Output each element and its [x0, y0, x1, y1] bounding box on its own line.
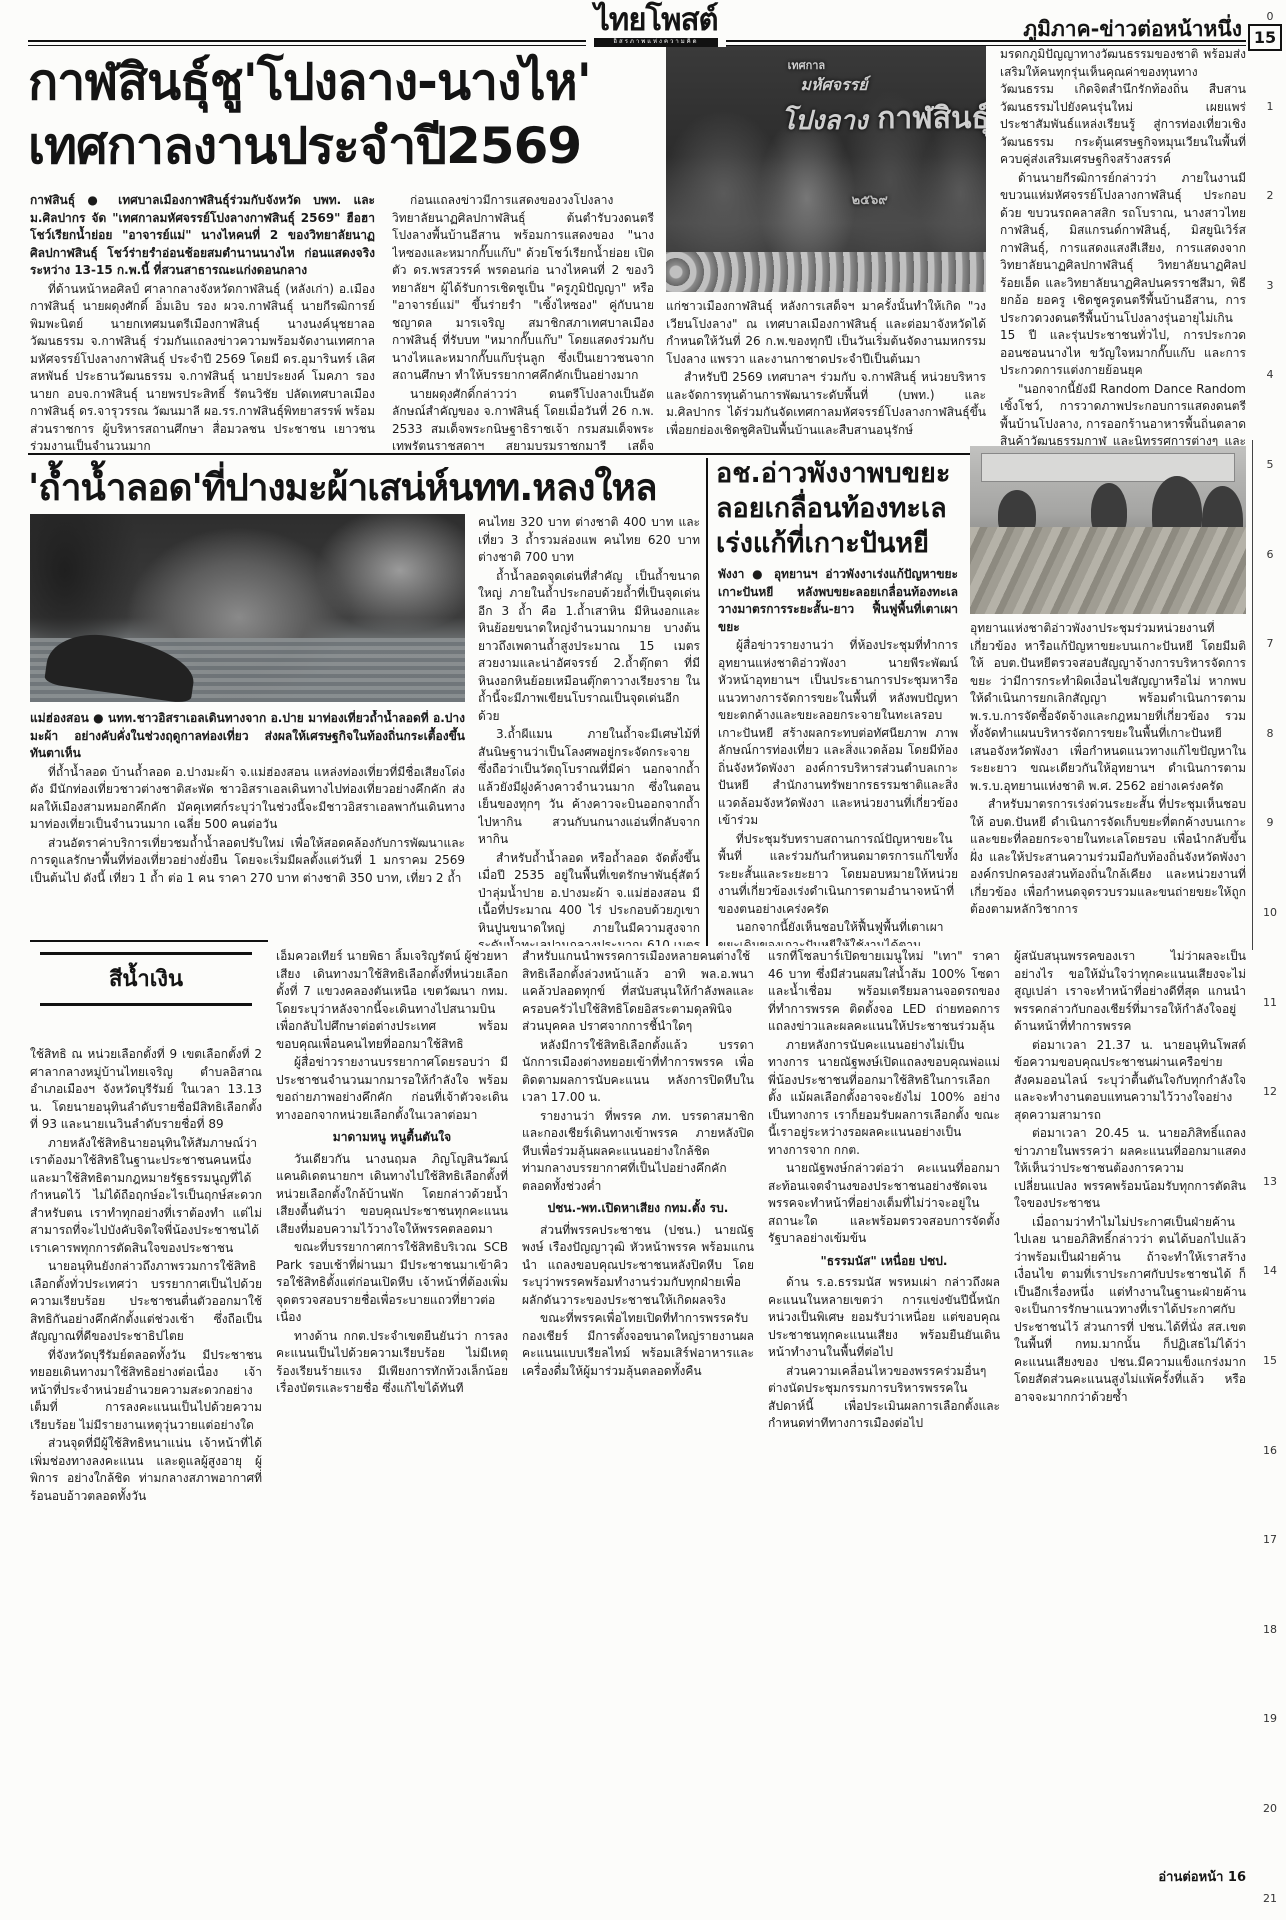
- fold-mark: 5: [1260, 458, 1280, 471]
- paragraph: สำหรับมาตรการเร่งด่วนระยะสั้น ที่ประชุมเ…: [970, 796, 1246, 919]
- article1-column2: ก่อนแถลงข่าวมีการแสดงของวงโปงลางวิทยาลัย…: [392, 192, 654, 450]
- banner-word-ponglang: โปงลาง: [781, 100, 867, 141]
- paragraph: ที่จังหวัดบุรีรัมย์ตลอดทั้งวัน มีประชาชน…: [30, 1347, 262, 1435]
- paragraph: ผู้สื่อข่าวรายงานบรรยากาศโดยรอบว่า มีประ…: [276, 1054, 508, 1124]
- article3-caption-column: อุทยานแห่งชาติอ่าวพังงาประชุมร่วมหน่วยงา…: [970, 620, 1246, 946]
- fold-mark: 7: [1260, 637, 1280, 650]
- blue-column-5: ผู้สนับสนุนพรรคของเรา ไม่ว่าผลจะเป็นอย่า…: [1014, 948, 1246, 1860]
- fold-mark: 15: [1260, 1354, 1280, 1367]
- fold-mark: 18: [1260, 1623, 1280, 1636]
- newspaper-page: ไทยโพสต์ อิสรภาพแห่งความคิด ภูมิภาค-ข่าว…: [0, 0, 1286, 1920]
- paragraph: ผู้สื่อข่าวรายงานว่า ที่ห้องประชุมที่ทำก…: [718, 637, 958, 830]
- blue-section-top-rule: [30, 940, 268, 942]
- stage-flowers: [666, 252, 986, 292]
- article3-body-column: พังงา ● อุทยานฯ อ่าวพังงาเร่งแก้ปัญหาขยะ…: [718, 566, 958, 946]
- paragraph: ส่วนจุดที่มีผู้ใช้สิทธิหนาแน่น เจ้าหน้าท…: [30, 1435, 262, 1505]
- fold-mark: 4: [1260, 368, 1280, 381]
- blue-column-3: สำหรับแกนนำพรรคการเมืองหลายคนต่างใช้สิทธ…: [522, 948, 754, 1894]
- paragraph: ด้านนายกีรฒิการย์กล่าวว่า ภายในงานมีขบวน…: [1000, 170, 1246, 380]
- paragraph: แม่ฮ่องสอน ● นทท.ชาวอิสราเอลเดินทางจาก อ…: [30, 710, 465, 763]
- paragraph: นายณัฐพงษ์กล่าวต่อว่า คะแนนที่ออกมาสะท้อ…: [768, 1160, 1000, 1248]
- subhead: "ธรรมนัส" เหนื่อย ปชป.: [768, 1253, 1000, 1271]
- meeting-table: [970, 527, 1246, 614]
- article1-headline-line2: เทศกาลงานประจำปี2569: [28, 114, 658, 178]
- page-number: 15: [1248, 24, 1282, 51]
- paragraph: ด้าน ร.อ.ธรรมนัส พรหมเผ่า กล่าวถึงผลคะแน…: [768, 1274, 1000, 1362]
- paragraph: "นอกจากนี้ยังมี Random Dance Random เซิ้…: [1000, 381, 1246, 450]
- paragraph: คนไทย 320 บาท ต่างชาติ 400 บาท และเที่ยว…: [478, 514, 700, 567]
- masthead: ไทยโพสต์ อิสรภาพแห่งความคิด: [586, 4, 726, 47]
- paragraph: ที่ถ้ำน้ำลอด บ้านถ้ำลอด อ.ปางมะผ้า จ.แม่…: [30, 764, 465, 834]
- masthead-logo: ไทยโพสต์: [586, 4, 726, 37]
- paragraph: กาฬสินธุ์ ● เทศบาลเมืองกาฬสินธุ์ร่วมกับจ…: [30, 192, 375, 280]
- article1-column1: กาฬสินธุ์ ● เทศบาลเมืองกาฬสินธุ์ร่วมกับจ…: [30, 192, 375, 450]
- paragraph: ภายหลังการนับคะแนนอย่างไม่เป็นทางการ นาย…: [768, 1037, 1000, 1160]
- blue-section-title: สีน้ำเงิน: [40, 955, 252, 1003]
- paragraph: มรดกภูมิปัญญาทางวัฒนธรรมของชาติ พร้อมส่ง…: [1000, 46, 1246, 169]
- title-rule: [40, 1003, 252, 1006]
- fold-mark: 14: [1260, 1264, 1280, 1277]
- fold-mark: 20: [1260, 1802, 1280, 1815]
- meeting-backdrop: [981, 453, 1235, 482]
- paragraph: วันเดียวกัน นางนฤมล ภิญโญสินวัฒน์ แคนดิเ…: [276, 1151, 508, 1239]
- fold-mark: 2: [1260, 189, 1280, 202]
- fold-mark: 12: [1260, 1085, 1280, 1098]
- paragraph: สำหรับแกนนำพรรคการเมืองหลายคนต่างใช้สิทธ…: [522, 948, 754, 1036]
- blue-section-title-box: สีน้ำเงิน: [40, 952, 252, 1006]
- paragraph: ถ้ำน้ำลอดจุดเด่นที่สำคัญ เป็นถ้ำขนาดใหญ่…: [478, 568, 700, 726]
- fold-mark: 9: [1260, 816, 1280, 829]
- fold-mark: 21: [1260, 1892, 1280, 1905]
- article3-headline-line2: ลอยเกลื่อนท้องทะเล: [716, 491, 962, 526]
- article3-meeting-photo: [970, 446, 1246, 614]
- paragraph: ผู้สนับสนุนพรรคของเรา ไม่ว่าผลจะเป็นอย่า…: [1014, 948, 1246, 1036]
- article3-headline: อช.อ่าวพังงาพบขยะ ลอยเกลื่อนท้องทะเล เร่…: [716, 456, 962, 561]
- paragraph: พังงา ● อุทยานฯ อ่าวพังงาเร่งแก้ปัญหาขยะ…: [718, 566, 958, 636]
- paragraph: นายผดุงศักดิ์กล่าวว่า ดนตรีโปงลางเป็นอัต…: [392, 386, 654, 450]
- fold-mark: 11: [1260, 996, 1280, 1009]
- article2-headline: 'ถ้ำน้ำลอด'ที่ปางมะผ้าเสน่ห์นทท.หลงใหล: [28, 458, 704, 517]
- paragraph: เมื่อถามว่าทำไมไม่ประกาศเป็นฝ่ายค้านไปเล…: [1014, 1214, 1246, 1407]
- paragraph: สำหรับถ้ำน้ำลอด หรือถ้ำลอด จัดตั้งขึ้นเม…: [478, 850, 700, 946]
- paragraph: นายอนุทินยังกล่าวถึงภาพรวมการใช้สิทธิเลื…: [30, 1258, 262, 1346]
- article1-right-column: มรดกภูมิปัญญาทางวัฒนธรรมของชาติ พร้อมส่ง…: [1000, 46, 1246, 450]
- masthead-tagline: อิสรภาพแห่งความคิด: [594, 38, 718, 47]
- paragraph: สำหรับปี 2569 เทศบาลฯ ร่วมกับ จ.กาฬสินธุ…: [666, 369, 986, 439]
- fold-mark: 17: [1260, 1533, 1280, 1546]
- fold-mark: 1: [1260, 100, 1280, 113]
- fold-mark: 16: [1260, 1444, 1280, 1457]
- blue-column-2: เอ็มควอเทียร์ นายพิธา ลิ้มเจริญรัตน์ ผู้…: [276, 948, 508, 1894]
- paragraph: หลังมีการใช้สิทธิเลือกตั้งแล้ว บรรดานักก…: [522, 1037, 754, 1107]
- paragraph: ต่อมาเวลา 21.37 น. นายอนุทินโพสต์ข้อความ…: [1014, 1037, 1246, 1125]
- blue-column-4: แรกที่โซลบาร์เปิดขายเมนูใหม่ "เทา" ราคา …: [768, 948, 1000, 1894]
- fold-mark: 8: [1260, 727, 1280, 740]
- article3-headline-line1: อช.อ่าวพังงาพบขยะ: [716, 456, 962, 491]
- article2-right-column: คนไทย 320 บาท ต่างชาติ 400 บาท และเที่ยว…: [478, 514, 700, 946]
- banner-word-miracle: มหัศจรรย์: [800, 73, 867, 98]
- paragraph: นอกจากนี้ยังเห็นชอบให้ฟื้นฟูพื้นที่เตาเผ…: [718, 919, 958, 946]
- paragraph: ก่อนแถลงข่าวมีการแสดงของวงโปงลางวิทยาลัย…: [392, 192, 654, 385]
- article1-headline-line1: กาฬสินธุ์ชู'โปงลาง-นางไห': [28, 50, 658, 114]
- paragraph: แรกที่โซลบาร์เปิดขายเมนูใหม่ "เทา" ราคา …: [768, 948, 1000, 1036]
- paragraph: ทางด้าน กกต.ประจำเขตยืนยันว่า การลงคะแนน…: [276, 1328, 508, 1398]
- paragraph: อุทยานแห่งชาติอ่าวพังงาประชุมร่วมหน่วยงา…: [970, 620, 1246, 795]
- fold-mark: 13: [1260, 1175, 1280, 1188]
- paragraph: 3.ถ้ำผีแมน ภายในถ้ำจะมีเศษไม้ที่สันนิษฐา…: [478, 726, 700, 849]
- blue-column-1: ใช้สิทธิ ณ หน่วยเลือกตั้งที่ 9 เขตเลือกต…: [30, 1046, 262, 1894]
- paragraph: ขณะที่บรรยากาศการใช้สิทธิบริเวณ SCB Park…: [276, 1239, 508, 1327]
- margin-rule: [1252, 440, 1253, 950]
- paragraph: ที่ประชุมรับทราบสถานการณ์ปัญหาขยะในพื้นท…: [718, 831, 958, 919]
- read-more-note: อ่านต่อหน้า 16: [1014, 1866, 1246, 1887]
- banner-word-festival: เทศกาล: [788, 56, 826, 74]
- paragraph: เอ็มควอเทียร์ นายพิธา ลิ้มเจริญรัตน์ ผู้…: [276, 948, 508, 1053]
- subhead: ปชน.-พท.เปิดหาเสียง กทม.ตั้ง รบ.: [522, 1200, 754, 1218]
- paragraph: ใช้สิทธิ ณ หน่วยเลือกตั้งที่ 9 เขตเลือกต…: [30, 1046, 262, 1134]
- paragraph: ที่ด้านหน้าหอศิลป์ ศาลากลางจังหวัดกาฬสิน…: [30, 281, 375, 450]
- article-vertical-divider: [706, 458, 708, 946]
- article2-cave-photo: [30, 514, 465, 702]
- paragraph: รายงานว่า ที่พรรค ภท. บรรดาสมาชิกและกองเ…: [522, 1108, 754, 1196]
- article1-headline: กาฬสินธุ์ชู'โปงลาง-นางไห' เทศกาลงานประจำ…: [28, 50, 658, 178]
- paragraph: ขณะที่พรรคเพื่อไทยเปิดที่ทำการพรรครับกอง…: [522, 1310, 754, 1380]
- article1-stage-photo: เทศกาล มหัศจรรย์ โปงลาง กาฬสินธุ์ ๒๕๖๙: [666, 46, 986, 292]
- fold-mark: 10: [1260, 906, 1280, 919]
- paragraph: ต่อมาเวลา 20.45 น. นายอภิสิทธิ์แถลงข่าวภ…: [1014, 1125, 1246, 1213]
- article1-photo-flow-text: แก่ชาวเมืองกาฬสินธุ์ หลังการเสด็จฯ มาครั…: [666, 298, 986, 450]
- banner-year: ๒๕๖๙: [852, 189, 888, 210]
- fold-mark: 0: [1260, 10, 1280, 23]
- fold-mark: 19: [1260, 1712, 1280, 1725]
- paragraph: ส่วนความเคลื่อนไหวของพรรคร่วมอื่นๆ ต่างน…: [768, 1363, 1000, 1433]
- article2-left-column: แม่ฮ่องสอน ● นทท.ชาวอิสราเอลเดินทางจาก อ…: [30, 710, 465, 946]
- section-label: ภูมิภาค-ข่าวต่อหน้าหนึ่ง: [1023, 13, 1242, 46]
- fold-mark: 3: [1260, 279, 1280, 292]
- banner-word-kalasin: กาฬสินธุ์: [877, 95, 986, 142]
- fold-mark: 6: [1260, 548, 1280, 561]
- paragraph: ส่วนที่พรรคประชาชน (ปชน.) นายณัฐพงษ์ เรื…: [522, 1222, 754, 1310]
- article3-headline-line3: เร่งแก้ที่เกาะปันหยี: [716, 526, 962, 561]
- subhead: มาดามหนู หนูตื้นตันใจ: [276, 1129, 508, 1147]
- paragraph: ภายหลังใช้สิทธินายอนุทินให้สัมภาษณ์ว่า เ…: [30, 1135, 262, 1258]
- paragraph: แก่ชาวเมืองกาฬสินธุ์ หลังการเสด็จฯ มาครั…: [666, 298, 986, 368]
- paragraph: ส่วนอัตราค่าบริการเที่ยวชมถ้ำน้ำลอดปรับใ…: [30, 835, 465, 888]
